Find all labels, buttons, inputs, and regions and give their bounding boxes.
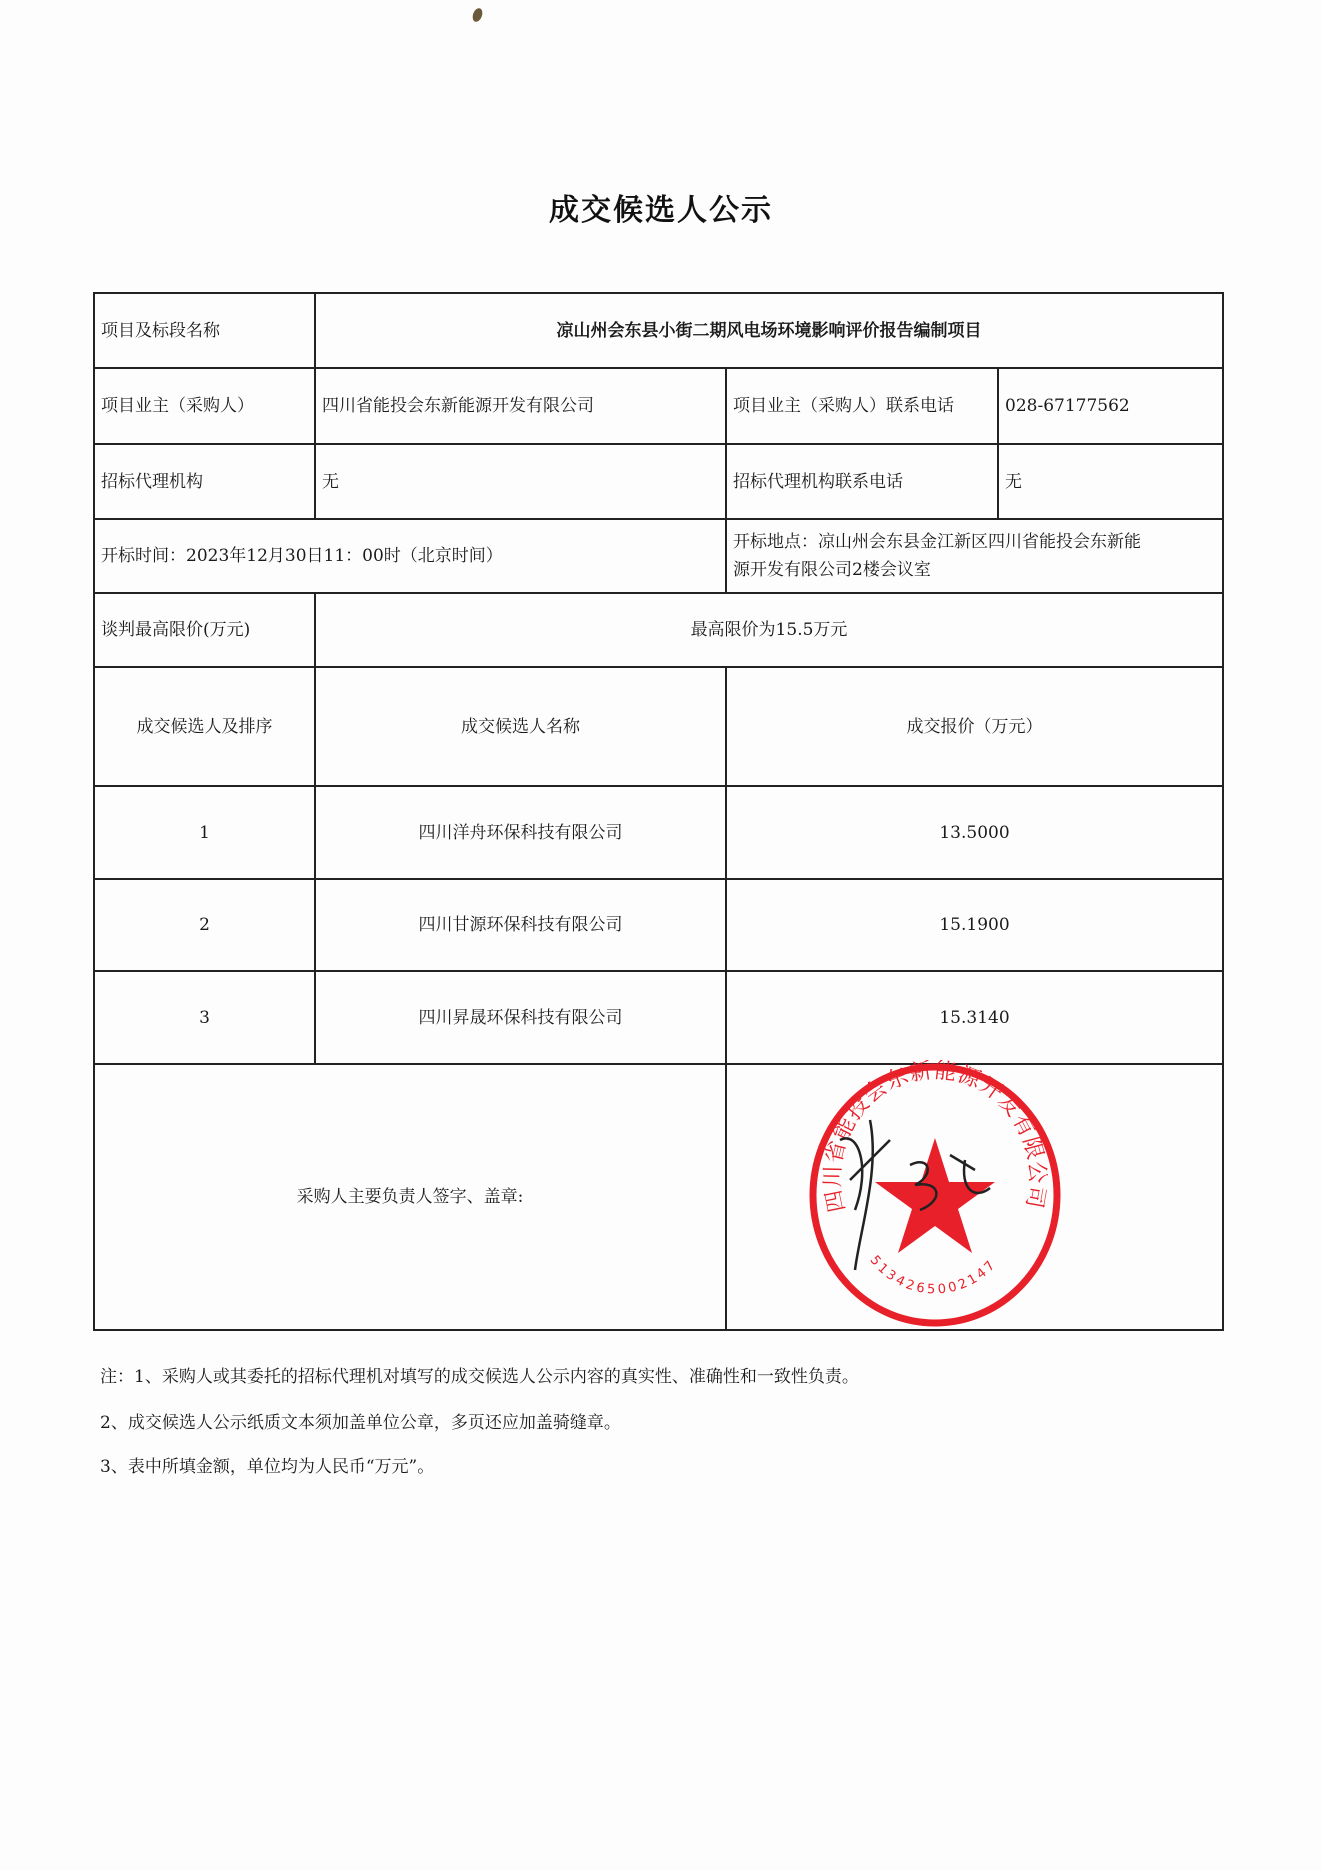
row-3-name: 四川昇晟环保科技有限公司 [316, 972, 725, 1063]
opening-place-line1: 开标地点：凉山州会东县金江新区四川省能投会东新能 [733, 528, 1141, 556]
scan-speck [471, 7, 484, 23]
project-label: 项目及标段名称 [95, 294, 314, 367]
agency-phone-value: 无 [999, 445, 1222, 518]
row-1-price: 13.5000 [727, 787, 1222, 878]
owner-value: 四川省能投会东新能源开发有限公司 [316, 369, 725, 443]
opening-place: 开标地点：凉山州会东县金江新区四川省能投会东新能 源开发有限公司2楼会议室 [727, 520, 1222, 592]
page-title: 成交候选人公示 [0, 185, 1322, 229]
row-1-name: 四川洋舟环保科技有限公司 [316, 787, 725, 878]
note-2: 2、成交候选人公示纸质文本须加盖单位公章，多页还应加盖骑缝章。 [100, 1408, 621, 1433]
opening-place-line2: 源开发有限公司2楼会议室 [733, 556, 931, 584]
max-price-value: 最高限价为15.5万元 [316, 594, 1222, 666]
owner-phone-label: 项目业主（采购人）联系电话 [727, 369, 997, 443]
note-3: 3、表中所填金额，单位均为人民币“万元”。 [100, 1452, 434, 1477]
row-3-price: 15.3140 [727, 972, 1222, 1063]
owner-phone-value: 028-67177562 [999, 369, 1222, 443]
header-name: 成交候选人名称 [316, 668, 725, 785]
signature-label: 采购人主要负责人签字、盖章: [95, 1065, 725, 1329]
agency-label: 招标代理机构 [95, 445, 314, 518]
agency-phone-label: 招标代理机构联系电话 [727, 445, 997, 518]
note-1: 注：1、采购人或其委托的招标代理机对填写的成交候选人公示内容的真实性、准确性和一… [100, 1362, 859, 1387]
row-3-rank: 3 [95, 972, 314, 1063]
opening-time: 开标时间：2023年12月30日11：00时（北京时间） [95, 520, 725, 592]
owner-label: 项目业主（采购人） [95, 369, 314, 443]
agency-value: 无 [316, 445, 725, 518]
svg-text:5134265002147: 5134265002147 [867, 1253, 1001, 1298]
official-stamp-icon: 四川省能投会东新能源开发有限公司 5134265002147 [800, 1060, 1070, 1330]
row-2-price: 15.1900 [727, 880, 1222, 970]
header-rank: 成交候选人及排序 [95, 668, 314, 785]
header-price: 成交报价（万元） [727, 668, 1222, 785]
max-price-label: 谈判最高限价(万元) [95, 594, 314, 666]
stamp-number: 5134265002147 [867, 1253, 1001, 1298]
row-2-rank: 2 [95, 880, 314, 970]
row-1-rank: 1 [95, 787, 314, 878]
row-2-name: 四川甘源环保科技有限公司 [316, 880, 725, 970]
project-name: 凉山州会东县小街二期风电场环境影响评价报告编制项目 [316, 294, 1222, 367]
